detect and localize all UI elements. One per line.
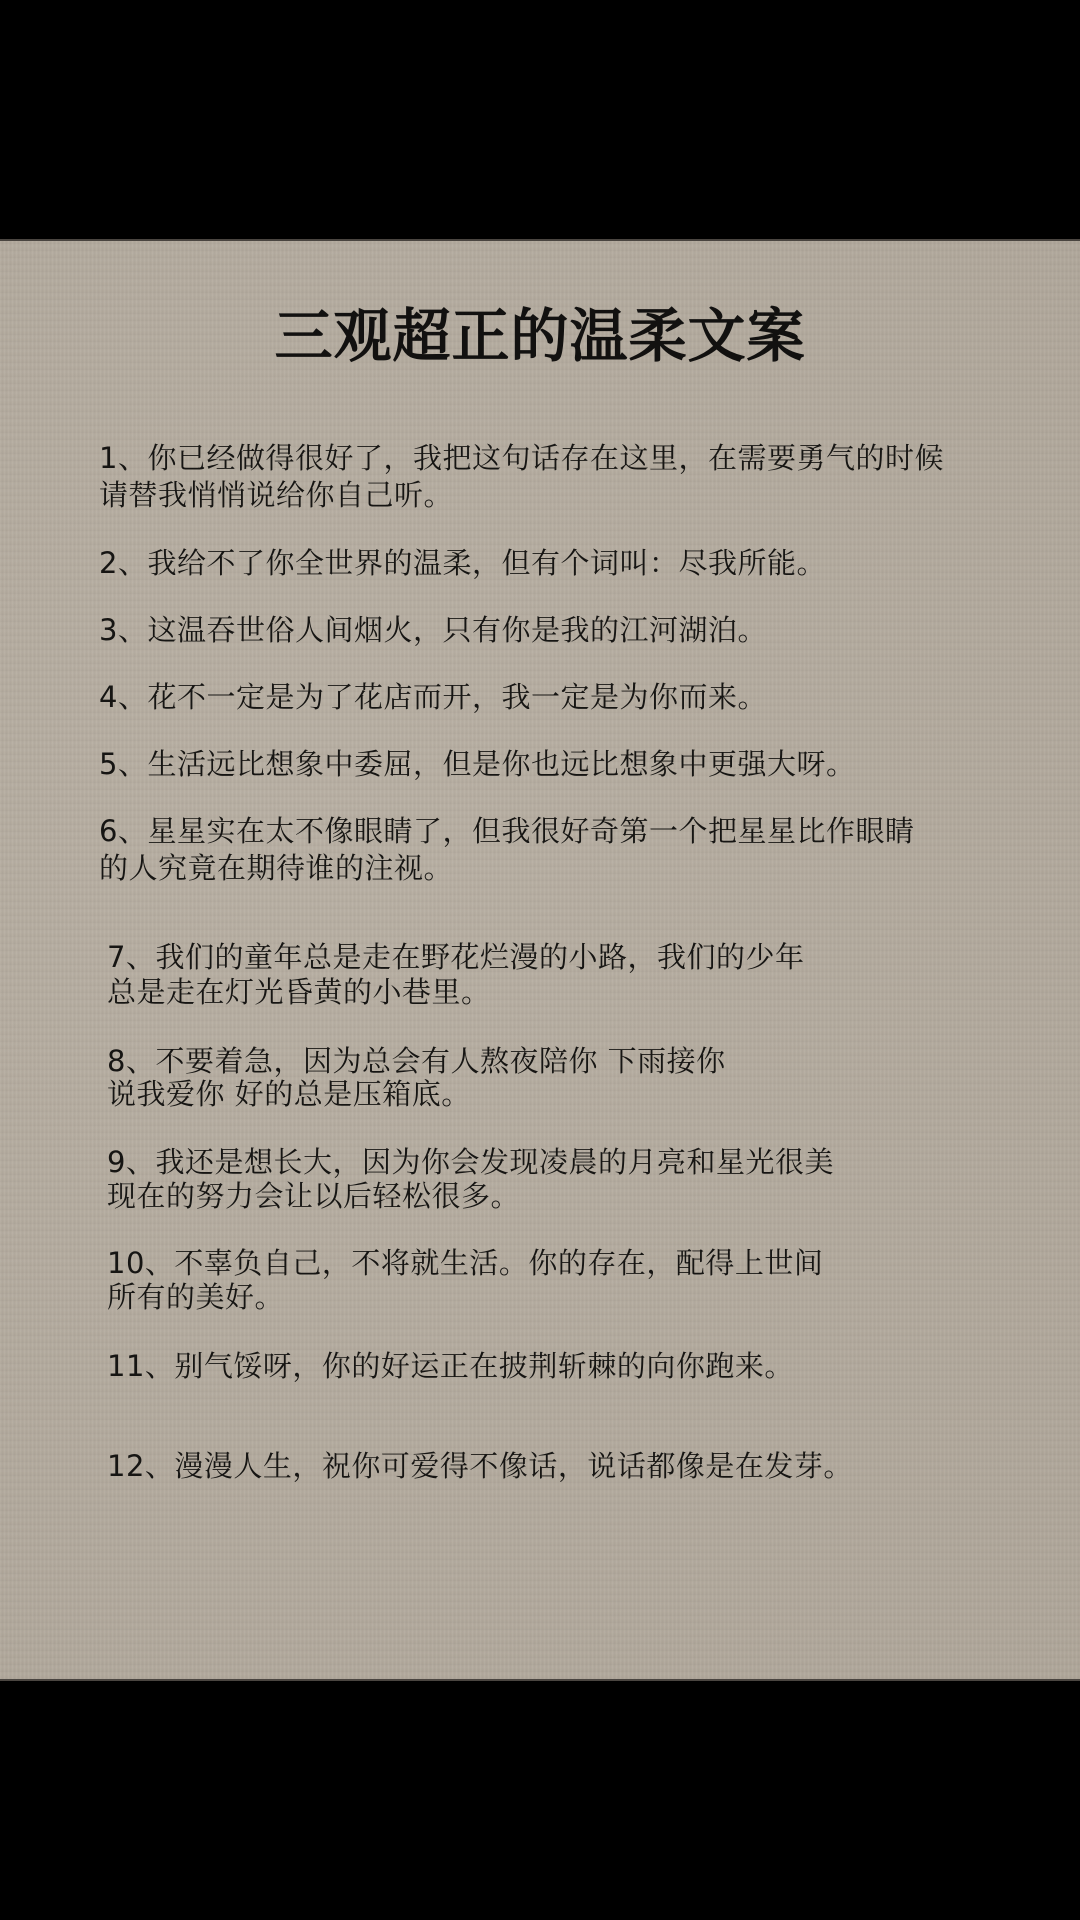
- letterbox-top: [0, 0, 1080, 239]
- list-item-9: 9、我还是想长大，因为你会发现凌晨的月亮和星光很美 现在的努力会让以后轻松很多。: [107, 1145, 834, 1213]
- list-item-3: 3、这温吞世俗人间烟火，只有你是我的江河湖泊。: [99, 612, 767, 649]
- item-line: 3、这温吞世俗人间烟火，只有你是我的江河湖泊。: [99, 612, 767, 649]
- item-line: 现在的努力会让以后轻松很多。: [107, 1179, 834, 1213]
- item-line: 说我爱你 好的总是压箱底。: [107, 1078, 726, 1111]
- item-line: 6、星星实在太不像眼睛了，但我很好奇第一个把星星比作眼睛: [99, 813, 914, 850]
- list-item-2: 2、我给不了你全世界的温柔，但有个词叫：尽我所能。: [99, 545, 826, 582]
- item-line: 10、不辜负自己，不将就生活。你的存在，配得上世间: [107, 1246, 823, 1280]
- item-line: 2、我给不了你全世界的温柔，但有个词叫：尽我所能。: [99, 545, 826, 582]
- item-line: 总是走在灯光昏黄的小巷里。: [107, 975, 804, 1010]
- list-item-11: 11、别气馁呀，你的好运正在披荆斩棘的向你跑来。: [107, 1348, 794, 1385]
- list-item-10: 10、不辜负自己，不将就生活。你的存在，配得上世间 所有的美好。: [107, 1246, 823, 1314]
- item-line: 9、我还是想长大，因为你会发现凌晨的月亮和星光很美: [107, 1145, 834, 1179]
- list-item-4: 4、花不一定是为了花店而开，我一定是为你而来。: [99, 679, 767, 716]
- item-line: 11、别气馁呀，你的好运正在披荆斩棘的向你跑来。: [107, 1348, 794, 1385]
- item-line: 8、不要着急，因为总会有人熬夜陪你 下雨接你: [107, 1045, 726, 1078]
- letterbox-bottom: [0, 1681, 1080, 1920]
- list-item-1: 1、你已经做得很好了，我把这句话存在这里，在需要勇气的时候 请替我悄悄说给你自己…: [99, 440, 944, 514]
- text-card: 三观超正的温柔文案 1、你已经做得很好了，我把这句话存在这里，在需要勇气的时候 …: [0, 239, 1080, 1681]
- list-item-7: 7、我们的童年总是走在野花烂漫的小路，我们的少年 总是走在灯光昏黄的小巷里。: [107, 940, 804, 1010]
- list-item-6: 6、星星实在太不像眼睛了，但我很好奇第一个把星星比作眼睛 的人究竟在期待谁的注视…: [99, 813, 914, 887]
- list-item-8: 8、不要着急，因为总会有人熬夜陪你 下雨接你 说我爱你 好的总是压箱底。: [107, 1045, 726, 1111]
- item-line: 1、你已经做得很好了，我把这句话存在这里，在需要勇气的时候: [99, 440, 944, 477]
- item-line: 5、生活远比想象中委屈，但是你也远比想象中更强大呀。: [99, 746, 855, 783]
- item-line: 12、漫漫人生，祝你可爱得不像话，说话都像是在发芽。: [107, 1448, 853, 1485]
- list-item-12: 12、漫漫人生，祝你可爱得不像话，说话都像是在发芽。: [107, 1448, 853, 1485]
- page-title: 三观超正的温柔文案: [0, 301, 1080, 371]
- item-line: 4、花不一定是为了花店而开，我一定是为你而来。: [99, 679, 767, 716]
- list-item-5: 5、生活远比想象中委屈，但是你也远比想象中更强大呀。: [99, 746, 855, 783]
- item-line: 所有的美好。: [107, 1280, 823, 1314]
- item-line: 的人究竟在期待谁的注视。: [99, 850, 914, 887]
- item-line: 7、我们的童年总是走在野花烂漫的小路，我们的少年: [107, 940, 804, 975]
- item-line: 请替我悄悄说给你自己听。: [99, 477, 944, 514]
